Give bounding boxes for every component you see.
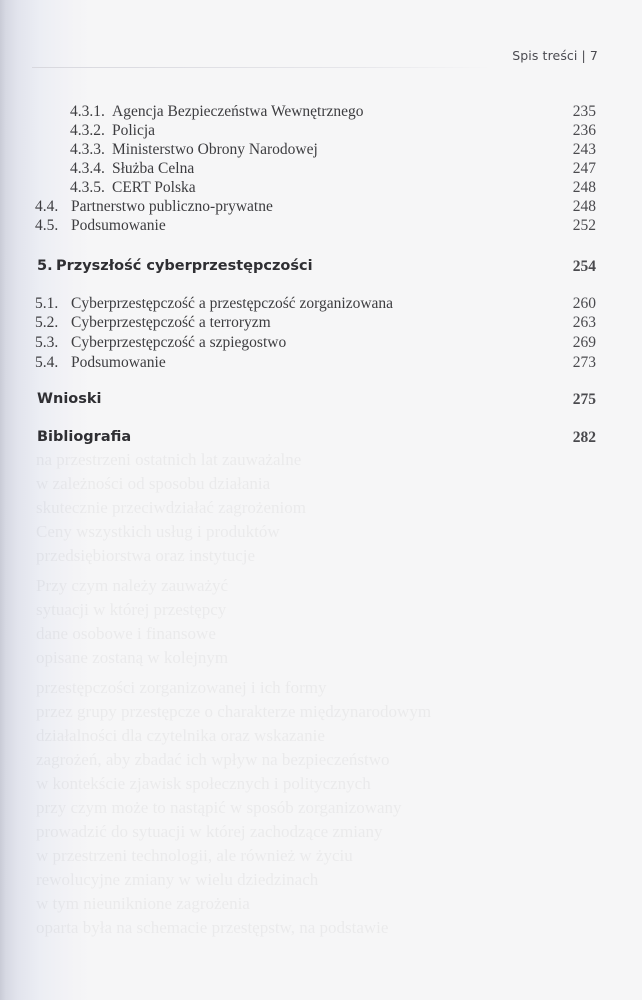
toc-entry-title: Cyberprzestępczość a przestępczość zorga…	[71, 295, 393, 313]
toc-entry-number: 5.3.	[35, 334, 58, 352]
toc-entry-title: Policja	[112, 122, 155, 140]
toc-conclusions[interactable]: Wnioski 275	[0, 391, 642, 410]
toc-entry-number: 5.4.	[35, 354, 58, 372]
toc-entry-number: 4.4.	[35, 198, 58, 216]
toc-entry-title: Partnerstwo publiczno-prywatne	[71, 198, 273, 216]
toc-entry-title: Cyberprzestępczość a szpiegostwo	[71, 334, 286, 352]
toc-entry-number: 4.5.	[35, 217, 58, 235]
toc-entry-page: 235	[573, 103, 596, 121]
chapter-page: 254	[573, 258, 596, 276]
toc-entry-title: Służba Celna	[112, 160, 194, 178]
toc-entry-title: Agencja Bezpieczeństwa Wewnętrznego	[112, 103, 364, 121]
toc-entry-page: 243	[573, 141, 596, 159]
toc-entry[interactable]: 5.1. Cyberprzestępczość a przestępczość …	[0, 295, 642, 314]
chapter-page: 275	[573, 391, 596, 409]
toc-entry-page: 252	[573, 217, 596, 235]
toc-entry[interactable]: 4.3.2. Policja 236	[0, 122, 642, 141]
chapter-title: Przyszłość cyberprzestępczości	[56, 258, 313, 274]
toc-entry-page: 248	[573, 198, 596, 216]
toc-entry-number: 4.3.3.	[70, 141, 105, 159]
toc-entry-title: Podsumowanie	[71, 354, 166, 372]
toc-entry-page: 263	[573, 314, 596, 332]
toc-entry-page: 273	[573, 354, 596, 372]
toc-entry-title: Podsumowanie	[71, 217, 166, 235]
toc-entry-number: 4.3.5.	[70, 179, 105, 197]
toc-entry-number: 5.2.	[35, 314, 58, 332]
toc-entry[interactable]: 4.4. Partnerstwo publiczno-prywatne 248	[0, 198, 642, 217]
toc-entry-number: 5.1.	[35, 295, 58, 313]
toc-entry[interactable]: 4.5. Podsumowanie 252	[0, 217, 642, 236]
toc-entry-page: 248	[573, 179, 596, 197]
toc-entry-page: 236	[573, 122, 596, 140]
toc-entry-page: 260	[573, 295, 596, 313]
chapter-page: 282	[573, 429, 596, 447]
toc-entry[interactable]: 4.3.5. CERT Polska 248	[0, 179, 642, 198]
toc-entry[interactable]: 5.3. Cyberprzestępczość a szpiegostwo 26…	[0, 334, 642, 353]
toc-entry-title: CERT Polska	[112, 179, 196, 197]
toc-entry-number: 4.3.4.	[70, 160, 105, 178]
toc-chapter-5[interactable]: 5. Przyszłość cyberprzestępczości 254	[0, 258, 642, 277]
toc-entry-number: 4.3.2.	[70, 122, 105, 140]
chapter-title: Wnioski	[37, 391, 102, 407]
toc-entry-title: Cyberprzestępczość a terroryzm	[71, 314, 271, 332]
toc-entry[interactable]: 5.4. Podsumowanie 273	[0, 354, 642, 373]
toc-bibliography[interactable]: Bibliografia 282	[0, 429, 642, 448]
running-head: Spis treści | 7	[512, 48, 598, 63]
toc-entry[interactable]: 5.2. Cyberprzestępczość a terroryzm 263	[0, 314, 642, 333]
toc-entry[interactable]: 4.3.1. Agencja Bezpieczeństwa Wewnętrzne…	[0, 103, 642, 122]
toc-entry[interactable]: 4.3.3. Ministerstwo Obrony Narodowej 243	[0, 141, 642, 160]
header-rule	[32, 67, 492, 68]
chapter-title: Bibliografia	[37, 429, 131, 445]
toc-entry[interactable]: 4.3.4. Służba Celna 247	[0, 160, 642, 179]
toc-entry-number: 4.3.1.	[70, 103, 105, 121]
toc-entry-title: Ministerstwo Obrony Narodowej	[112, 141, 318, 159]
toc-entry-page: 247	[573, 160, 596, 178]
chapter-number: 5.	[37, 258, 53, 274]
toc-entry-page: 269	[573, 334, 596, 352]
